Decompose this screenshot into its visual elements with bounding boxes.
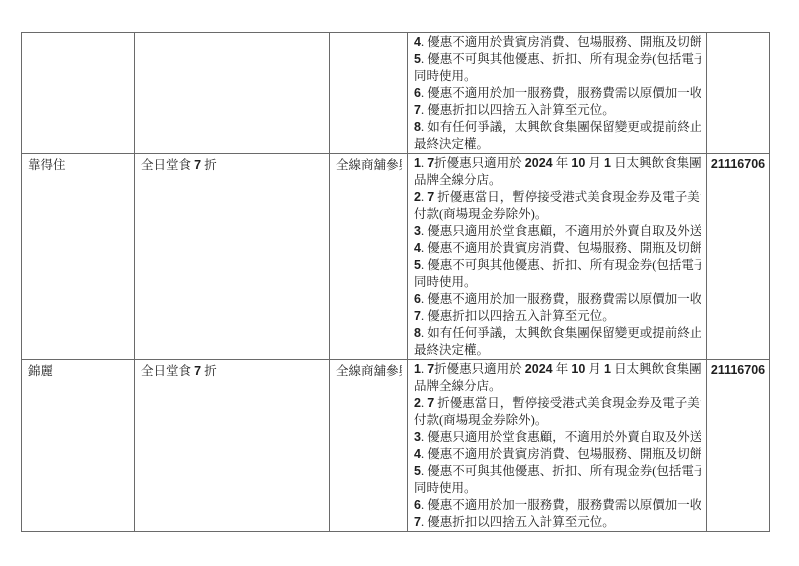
participation-cell: 全線商舖參與 (330, 154, 408, 360)
code-cell: 21116706 (707, 154, 770, 360)
brand-cell: 靠得住 (22, 154, 135, 360)
brand-name: 靠得住 (28, 157, 129, 173)
participation-text: 全線商舖參與 (336, 363, 402, 379)
participation-cell (330, 33, 408, 154)
offer-text: 全日堂食 7 折 (141, 363, 324, 379)
participation-text: 全線商舖參與 (336, 157, 402, 173)
code-text: 21116706 (709, 156, 767, 173)
code-cell (707, 33, 770, 154)
offer-cell: 全日堂食 7 折 (135, 360, 330, 532)
terms-text: 1. 7折優惠只適用於 2024 年 10 月 1 日太興飲食集團旗下 13 大… (414, 155, 701, 359)
offers-table: 4. 優惠不適用於貴賓房消費、包場服務、開瓶及切餅費5. 優惠不可與其他優惠、折… (21, 32, 770, 532)
brand-cell: 錦麗 (22, 360, 135, 532)
terms-text: 4. 優惠不適用於貴賓房消費、包場服務、開瓶及切餅費5. 優惠不可與其他優惠、折… (414, 34, 701, 153)
offer-cell (135, 33, 330, 154)
code-cell: 21116706 (707, 360, 770, 532)
brand-name: 錦麗 (28, 363, 129, 379)
terms-cell: 1. 7折優惠只適用於 2024 年 10 月 1 日太興飲食集團旗下 13 大… (408, 154, 707, 360)
document-page: { "colors": { "background": "#ffffff", "… (0, 0, 799, 566)
table-row-continuation: 4. 優惠不適用於貴賓房消費、包場服務、開瓶及切餅費5. 優惠不可與其他優惠、折… (22, 33, 770, 154)
offer-cell: 全日堂食 7 折 (135, 154, 330, 360)
brand-cell (22, 33, 135, 154)
terms-cell: 4. 優惠不適用於貴賓房消費、包場服務、開瓶及切餅費5. 優惠不可與其他優惠、折… (408, 33, 707, 154)
code-text: 21116706 (709, 362, 767, 379)
terms-text: 1. 7折優惠只適用於 2024 年 10 月 1 日太興飲食集團旗下 13 大… (414, 361, 701, 531)
terms-cell: 1. 7折優惠只適用於 2024 年 10 月 1 日太興飲食集團旗下 13 大… (408, 360, 707, 532)
participation-cell: 全線商舖參與 (330, 360, 408, 532)
offer-text: 全日堂食 7 折 (141, 157, 324, 173)
table-row: 錦麗 全日堂食 7 折 全線商舖參與 1. 7折優惠只適用於 2024 年 10… (22, 360, 770, 532)
table-row: 靠得住 全日堂食 7 折 全線商舖參與 1. 7折優惠只適用於 2024 年 1… (22, 154, 770, 360)
